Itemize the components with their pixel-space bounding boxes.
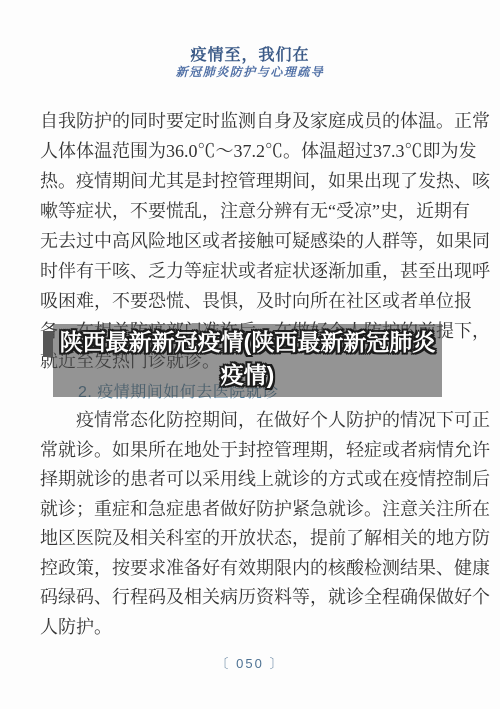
book-title: 疫情至，我们在 xyxy=(0,42,500,65)
paragraph-1-line: 自我防护的同时要定时监测自身及家庭成员的体温。正常 xyxy=(40,106,455,136)
paragraph-1-line: 嗽等症状，不要慌乱，注意分辨有无“受凉”史，近期有 xyxy=(40,196,455,226)
paragraph-2-line: 择期就诊的患者可以采用线上就诊的方式或在疫情控制后 xyxy=(40,465,455,495)
caption-left-tab xyxy=(43,331,53,357)
paragraph-2: 疫情常态化防控期间，在做好个人防护的情况下可正 常就诊。如果所在地处于封控管理期… xyxy=(40,406,455,642)
scanned-book-page: 疫情至，我们在 新冠肺炎防护与心理疏导 自我防护的同时要定时监测自身及家庭成员的… xyxy=(0,0,500,709)
paragraph-1-line: 时伴有干咳、乏力等症状或者症状逐渐加重，甚至出现呼 xyxy=(40,256,455,286)
caption-overlay-band: 陕西最新新冠疫情(陕西最新新冠肺炎 疫情) xyxy=(53,324,442,397)
paragraph-2-line: 常就诊。如果所在地处于封控管理期，轻症或者病情允许 xyxy=(40,436,455,466)
paragraph-1-line: 热。疫情期间尤其是封控管理期间，如果出现了发热、咳 xyxy=(40,166,455,196)
paragraph-2-line: 疫情常态化防控期间，在做好个人防护的情况下可正 xyxy=(40,406,455,436)
paragraph-2-line: 人防护。 xyxy=(40,613,455,643)
book-subtitle: 新冠肺炎防护与心理疏导 xyxy=(0,63,500,80)
paragraph-2-line: 就诊；重症和急症患者做好防护紧急就诊。注意关注所在 xyxy=(40,495,455,525)
paragraph-1-line: 人体体温范围为36.0℃～37.2℃。体温超过37.3℃即为发 xyxy=(40,136,455,166)
paragraph-1-line: 无去过中高风险地区或者接触可疑感染的人群等，如果同 xyxy=(40,226,455,256)
paragraph-2-line: 地区医院及相关科室的开放状态，提前了解相关的地方防 xyxy=(40,524,455,554)
caption-text: 陕西最新新冠疫情(陕西最新新冠肺炎 疫情) xyxy=(53,326,442,392)
page-number: 〔 050 〕 xyxy=(0,653,500,672)
caption-text-line-1: 陕西最新新冠疫情(陕西最新新冠肺炎 xyxy=(53,326,442,359)
caption-text-line-2: 疫情) xyxy=(53,359,442,392)
paragraph-2-line: 控政策，按要求准备好有效期限内的核酸检测结果、健康 xyxy=(40,554,455,584)
paragraph-2-line: 码绿码、行程码及相关病历资料等，就诊全程确保做好个 xyxy=(40,583,455,613)
paragraph-1-line: 吸困难，不要恐慌、畏惧，及时向所在社区或者单位报 xyxy=(40,286,455,316)
